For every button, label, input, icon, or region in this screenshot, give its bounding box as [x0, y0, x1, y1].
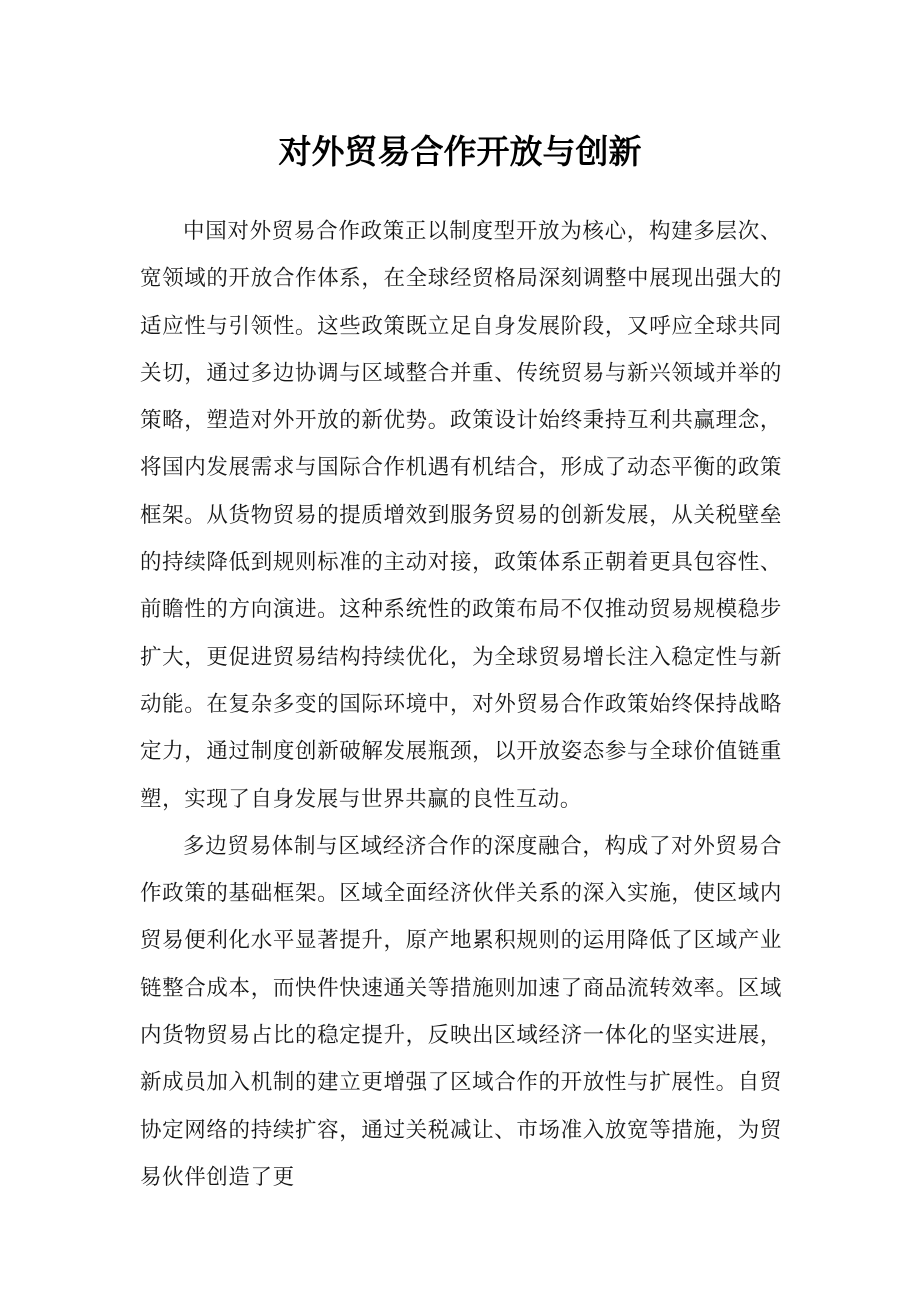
- paragraph-2: 多边贸易体制与区域经济合作的深度融合，构成了对外贸易合作政策的基础框架。区域全面…: [140, 823, 782, 1201]
- paragraph-1: 中国对外贸易合作政策正以制度型开放为核心，构建多层次、宽领域的开放合作体系，在全…: [140, 208, 782, 823]
- document-title: 对外贸易合作开放与创新: [0, 128, 920, 176]
- document-page: 对外贸易合作开放与创新 中国对外贸易合作政策正以制度型开放为核心，构建多层次、宽…: [0, 0, 920, 1302]
- document-body: 中国对外贸易合作政策正以制度型开放为核心，构建多层次、宽领域的开放合作体系，在全…: [140, 208, 782, 1201]
